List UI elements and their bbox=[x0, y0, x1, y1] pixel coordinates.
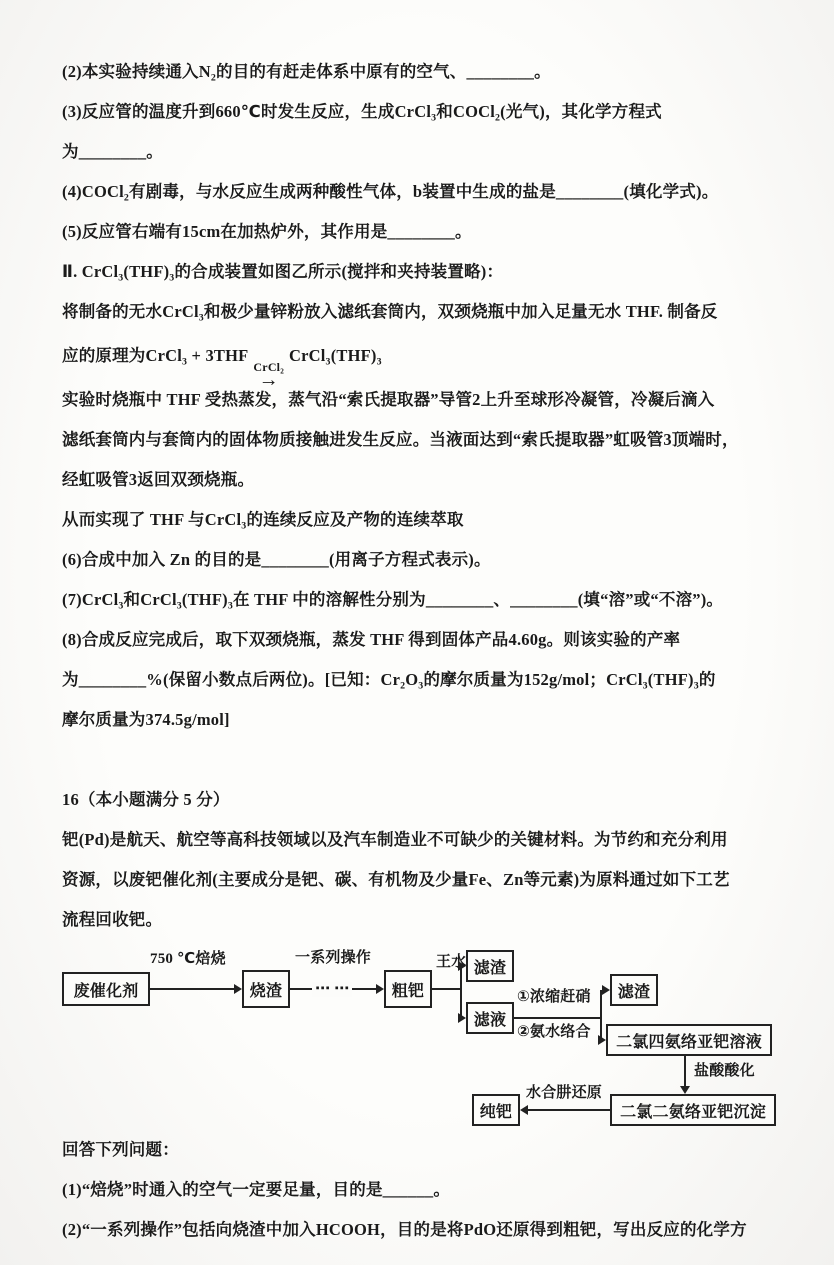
q16-intro-line1: 钯(Pd)是航天、航空等高科技领域以及汽车制造业不可缺少的关键材料。为节约和充分… bbox=[62, 820, 796, 860]
q16-sub1: (1)“焙烧”时通入的空气一定要足量，目的是______。 bbox=[62, 1170, 796, 1210]
flow-arrowhead bbox=[234, 984, 242, 994]
flow-connector bbox=[432, 988, 460, 990]
q15-line-5: (5)反应管右端有15cm在加热炉外，其作用是________。 bbox=[62, 212, 796, 252]
q16-intro-line3: 流程回收钯。 bbox=[62, 900, 796, 940]
flow-box-filter-residue-2: 滤渣 bbox=[610, 974, 658, 1006]
q15-line-6: (6)合成中加入 Zn 的目的是________(用离子方程式表示)。 bbox=[62, 540, 796, 580]
q15-line-3b: 为________。 bbox=[62, 132, 796, 172]
flow-label-series-dots: ⋯ ⋯ bbox=[312, 982, 352, 997]
flow-label-ammonia: ②氨水络合 bbox=[517, 1023, 591, 1041]
flow-box-diammine-precipitate: 二氯二氨络亚钯沉淀 bbox=[610, 1094, 776, 1126]
q15-line-4: (4)COCl₂有剧毒，与水反应生成两种酸性气体，b装置中生成的盐是______… bbox=[62, 172, 796, 212]
flow-box-crude-pd: 粗钯 bbox=[384, 970, 432, 1008]
process-flowchart: 废催化剂 750 ℃焙烧 烧渣 一系列操作 ⋯ ⋯ 粗钯 王水 滤渣 滤液 ①浓… bbox=[62, 944, 796, 1130]
q15-soxhlet-line3: 经虹吸管3返回双颈烧瓶。 bbox=[62, 460, 796, 500]
q15-line-3: (3)反应管的温度升到660℃时发生反应，生成CrCl₃和COCl₂(光气)，其… bbox=[62, 92, 796, 132]
flow-connector bbox=[684, 1056, 686, 1090]
flow-arrowhead bbox=[458, 1013, 466, 1023]
flow-label-hydrazine: 水合肼还原 bbox=[526, 1084, 602, 1102]
flow-label-roast: 750 ℃焙烧 bbox=[150, 950, 226, 968]
exam-page: (2)本实验持续通入N₂的目的有赶走体系中原有的空气、________。 (3)… bbox=[0, 0, 834, 1265]
q16-answer-prompt: 回答下列问题： bbox=[62, 1130, 796, 1170]
flow-label-series-ops: 一系列操作 bbox=[295, 949, 371, 967]
flow-connector bbox=[460, 965, 462, 1020]
flow-arrowhead bbox=[602, 985, 610, 995]
flow-box-filter-residue-1: 滤渣 bbox=[466, 950, 514, 982]
equation-suffix: CrCl₃(THF)₃ bbox=[289, 346, 382, 365]
flow-label-acidify: 盐酸酸化 bbox=[694, 1062, 755, 1080]
q15-prep-line: 将制备的无水CrCl₃和极少量锌粉放入滤纸套筒内，双颈烧瓶中加入足量无水 THF… bbox=[62, 292, 796, 332]
q15-line-7: (7)CrCl₃和CrCl₃(THF)₃在 THF 中的溶解性分别为______… bbox=[62, 580, 796, 620]
flow-box-waste-catalyst: 废催化剂 bbox=[62, 972, 150, 1006]
flow-arrowhead bbox=[376, 984, 384, 994]
q15-soxhlet-line4: 从而实现了 THF 与CrCl₃的连续反应及产物的连续萃取 bbox=[62, 500, 796, 540]
flow-arrowhead bbox=[458, 961, 466, 971]
q16-header: 16（本小题满分 5 分） bbox=[62, 780, 796, 820]
q15-soxhlet-line2: 滤纸套筒内与套筒内的固体物质接触进发生反应。当液面达到“索氏提取器”虹吸管3顶端… bbox=[62, 420, 796, 460]
q16-sub2: (2)“一系列操作”包括向烧渣中加入HCOOH，目的是将PdO还原得到粗钯，写出… bbox=[62, 1210, 796, 1250]
equation-prefix: 应的原理为CrCl₃ + 3THF bbox=[62, 346, 248, 365]
flow-connector bbox=[600, 990, 602, 1040]
flow-connector bbox=[150, 988, 234, 990]
flow-arrowhead bbox=[598, 1035, 606, 1045]
flow-box-filtrate: 滤液 bbox=[466, 1002, 514, 1034]
flow-label-concentrate: ①浓缩赶硝 bbox=[517, 988, 591, 1006]
q15-line-8: (8)合成反应完成后，取下双颈烧瓶，蒸发 THF 得到固体产品4.60g。则该实… bbox=[62, 620, 796, 660]
flow-box-tetraammine-solution: 二氯四氨络亚钯溶液 bbox=[606, 1024, 772, 1056]
q15-soxhlet-line1: 实验时烧瓶中 THF 受热蒸发，蒸气沿“索氏提取器”导管2上升至球形冷凝管，冷凝… bbox=[62, 380, 796, 420]
flow-arrowhead bbox=[520, 1105, 528, 1115]
q15-line-8b: 为________%(保留小数点后两位)。[已知：Cr₂O₃的摩尔质量为152g… bbox=[62, 660, 796, 700]
flow-box-pure-pd: 纯钯 bbox=[472, 1094, 520, 1126]
reaction-equation: 应的原理为CrCl₃ + 3THFCrCl₂→CrCl₃(THF)₃ bbox=[62, 332, 796, 380]
flow-connector bbox=[528, 1109, 610, 1111]
flow-connector bbox=[514, 1017, 602, 1019]
q16-intro-line2: 资源，以废钯催化剂(主要成分是钯、碳、有机物及少量Fe、Zn等元素)为原料通过如… bbox=[62, 860, 796, 900]
q15-part2-header: Ⅱ. CrCl₃(THF)₃的合成装置如图乙所示(搅拌和夹持装置略)： bbox=[62, 252, 796, 292]
flow-box-roast-residue: 烧渣 bbox=[242, 970, 290, 1008]
flow-arrowhead bbox=[680, 1086, 690, 1094]
q15-line-2: (2)本实验持续通入N₂的目的有赶走体系中原有的空气、________。 bbox=[62, 52, 796, 92]
q15-line-8c: 摩尔质量为374.5g/mol] bbox=[62, 700, 796, 740]
